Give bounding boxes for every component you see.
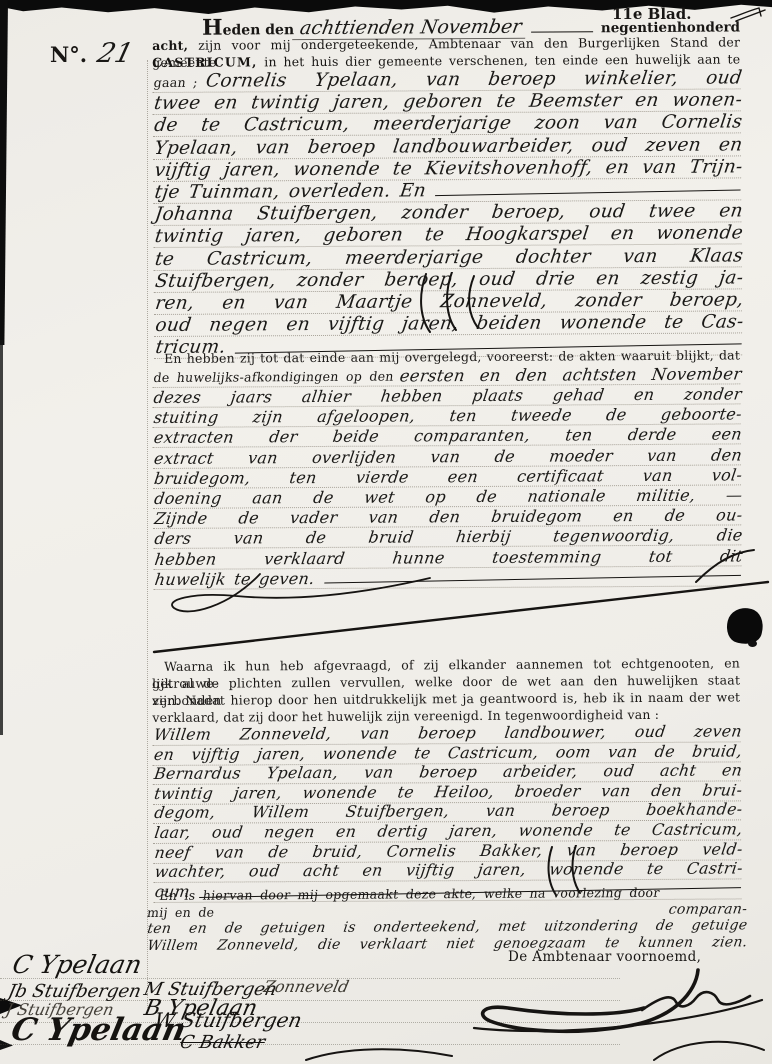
bottom-edge-strokes (650, 1034, 768, 1064)
signature-groom: C Ypelaan (10, 950, 144, 979)
descender-flourish (408, 272, 498, 336)
act-number-label: N°. (50, 42, 87, 67)
form-margin-rule (147, 60, 148, 1008)
signature-witness: Jb Stuifbergen (6, 981, 143, 1002)
printed-closing: En is hiervan door mij opgemaakt deze ak… (146, 885, 672, 921)
vows-paragraph: Waarna ik hun heb afgevraagd, of zij elk… (152, 654, 741, 902)
signature-witness: W Stuifbergen (152, 1008, 304, 1032)
printed-line3: in het huis dier gemeente verschenen, te… (264, 51, 740, 69)
handwritten-line: twintig jaren, geboren te Hoogkarspel en… (153, 223, 744, 249)
signature-witness: C Bakker (178, 1032, 267, 1053)
handwritten-date: achttienden November (292, 16, 529, 40)
strike-through-lines (140, 548, 772, 660)
handwritten-line: de te Castricum, meerderjarige zoon van … (153, 112, 744, 138)
closing-paragraph: En is hiervan door mij opgemaakt deze ak… (146, 899, 746, 954)
handwritten-text: tje Tuinman, overleden. En (153, 180, 427, 203)
printed-castricum: CASTRICUM, (152, 54, 257, 70)
signature-witness: Zonneveld (262, 977, 351, 996)
handwritten-dates: eersten en den achtsten November (399, 364, 743, 385)
act-number-value: 21 (94, 38, 136, 69)
binding-bar-artifact (0, 0, 8, 345)
handwritten-line: ders van de bruid hierbij tegenwoordig, … (153, 526, 744, 550)
official-title-label: De Ambtenaar voornoemd, (508, 949, 701, 965)
bottom-edge-strokes (300, 1044, 460, 1064)
act-number: N°. 21 (50, 38, 132, 69)
handwritten-line: Ypelaan, van beroep landbouwarbeider, ou… (153, 134, 744, 160)
printed-afkondigingen: de huwelijks-afkondigingen op den (152, 366, 401, 387)
handwritten-line: te Castricum, meerderjarige dochter van … (154, 245, 745, 271)
fill-rule (531, 31, 592, 32)
printed-gaan: gaan ; (152, 72, 207, 94)
handwritten-groom: Cornelis Ypelaan, van beroep winkelier, … (205, 67, 744, 91)
printed-acht: acht, (152, 38, 188, 53)
marriage-act-scan: 11e Blad. N°. 21 Heden den achttienden N… (0, 0, 772, 1064)
handwritten-comparanten: comparan- (668, 901, 749, 918)
fill-rule (435, 190, 740, 197)
binding-line-artifact (0, 340, 3, 735)
